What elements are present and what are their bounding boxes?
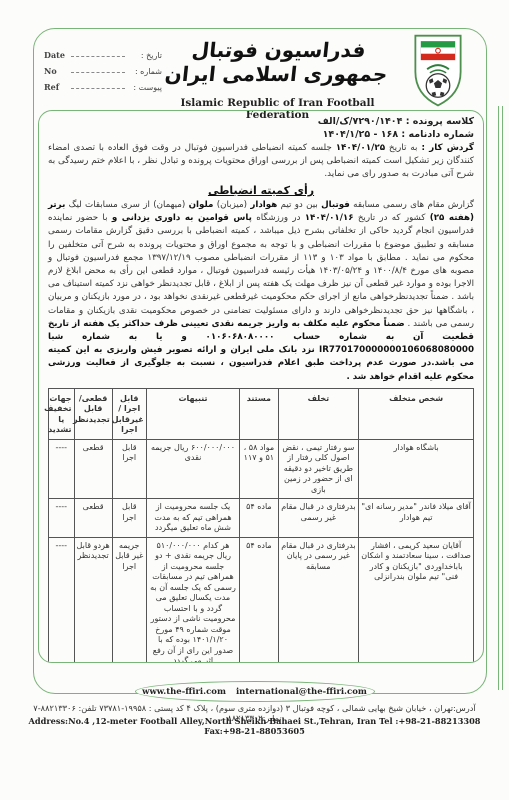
cell-violation: بدرفتاری در قبال مقام غیر رسمی در پایان … bbox=[278, 537, 359, 663]
col-executable: قابل اجرا /غیرقابل اجرا bbox=[112, 388, 146, 439]
address-line-en: Address:No.4 ,12-meter Football Alley,No… bbox=[20, 716, 489, 736]
table-row: آقایان سعید کریمی ، افشار صداقت ، سینا س… bbox=[49, 537, 474, 663]
ruling-title: رأی کمیته انضباطی bbox=[48, 184, 474, 197]
date-row: Date تاریخ : bbox=[44, 44, 162, 60]
table-row: باشگاه هوادار سو رفتار تیمی ، نقض اصول ک… bbox=[49, 439, 474, 499]
decorative-double-rule bbox=[498, 106, 503, 690]
cell-executable: قابل اجرا bbox=[112, 499, 146, 538]
col-final: قطعی/قابل تجدیدنظر bbox=[74, 388, 112, 439]
col-violation: تخلف bbox=[278, 388, 359, 439]
cell-punishments: ۶۰۰/۰۰۰/۰۰۰ ریال جریمه نقدی bbox=[146, 439, 240, 499]
cell-final: هردو قابل تجدیدنظر bbox=[74, 537, 112, 663]
col-legal-basis: مستند bbox=[240, 388, 278, 439]
col-offender: شخص متخلف bbox=[359, 388, 474, 439]
cell-legal-basis: ماده ۵۴ bbox=[240, 537, 278, 663]
ref-row: Ref پیوست : bbox=[44, 76, 162, 92]
ref-label-en: Ref bbox=[44, 82, 68, 92]
workflow-paragraph: گردش کار : به تاریخ ۱۴۰۴/۰۱/۲۵ جلسه کمیت… bbox=[48, 142, 474, 181]
cell-final: قطعی bbox=[74, 499, 112, 538]
cell-legal-basis: ماده ۵۴ bbox=[240, 499, 278, 538]
col-punishments: تنبیهات bbox=[146, 388, 240, 439]
federation-title-fa: فدراسیون فوتبال جمهوری اسلامی ایران bbox=[152, 38, 402, 86]
cell-legal-basis: مواد ۵۸ ، ۵۱ و ۱۱۷ bbox=[240, 439, 278, 499]
no-row: No شماره : bbox=[44, 60, 162, 76]
date-fill-line bbox=[71, 56, 125, 57]
date-label-en: Date bbox=[44, 50, 68, 60]
cell-mitigation: ---- bbox=[49, 439, 75, 499]
table-row: آقای میلاد فاندر "مدیر رسانه ای" تیم هوا… bbox=[49, 499, 474, 538]
cell-punishments: هر کدام ۵۱۰/۰۰۰/۰۰۰ ریال جریمه نقدی + دو… bbox=[146, 537, 240, 663]
verdict-document-page: Date تاریخ : No شماره : Ref پیوست : فدرا… bbox=[0, 0, 509, 800]
cell-violation: سو رفتار تیمی ، نقض اصول کلی رفتار از طر… bbox=[278, 439, 359, 499]
cell-violation: بدرفتاری در قبال مقام غیر رسمی bbox=[278, 499, 359, 538]
date-no-ref-box: Date تاریخ : No شماره : Ref پیوست : bbox=[44, 44, 162, 92]
cell-offender: آقای میلاد فاندر "مدیر رسانه ای" تیم هوا… bbox=[359, 499, 474, 538]
federation-email: international@the-ffiri.com bbox=[236, 687, 367, 697]
letterhead-titles: فدراسیون فوتبال جمهوری اسلامی ایران Isla… bbox=[155, 38, 400, 121]
penalties-table: شخص متخلف تخلف مستند تنبیهات قابل اجرا /… bbox=[48, 388, 474, 663]
cell-executable: جریمه غیر قابل اجرا bbox=[112, 537, 146, 663]
federation-crest-icon bbox=[407, 33, 469, 109]
cell-mitigation: ---- bbox=[49, 499, 75, 538]
cell-offender: آقایان سعید کریمی ، افشار صداقت ، سینا س… bbox=[359, 537, 474, 663]
cell-final: قطعی bbox=[74, 439, 112, 499]
cell-punishments: یک جلسه محرومیت از همراهی تیم که به مدت … bbox=[146, 499, 240, 538]
ruling-body-paragraph: گزارش مقام های رسمی مسابقه فوتبال بین دو… bbox=[48, 199, 474, 384]
ref-fill-line bbox=[71, 88, 125, 89]
football-federation-logo-icon bbox=[407, 33, 469, 109]
verdict-body-frame: کلاسه پرونده : ۷۲۹۰/۱۴۰۴/ک/الف شماره داد… bbox=[38, 110, 484, 663]
no-label-en: No bbox=[44, 66, 68, 76]
cell-offender: باشگاه هوادار bbox=[359, 439, 474, 499]
cell-mitigation: ---- bbox=[49, 537, 75, 663]
cell-executable: قابل اجرا bbox=[112, 439, 146, 499]
col-mitigation: جهات تخفیف یا تشدید bbox=[49, 388, 75, 439]
verdict-number-line: شماره دادنامه : ۱۶۸ - ۱۴۰۴/۱/۲۵ bbox=[48, 129, 474, 140]
table-header-row: شخص متخلف تخلف مستند تنبیهات قابل اجرا /… bbox=[49, 388, 474, 439]
no-fill-line bbox=[71, 72, 125, 73]
footer-contact-oval: www.the-ffiri.com international@the-ffir… bbox=[135, 681, 375, 702]
case-class-line: کلاسه پرونده : ۷۲۹۰/۱۴۰۴/ک/الف bbox=[48, 116, 474, 127]
federation-website: www.the-ffiri.com bbox=[142, 687, 226, 697]
